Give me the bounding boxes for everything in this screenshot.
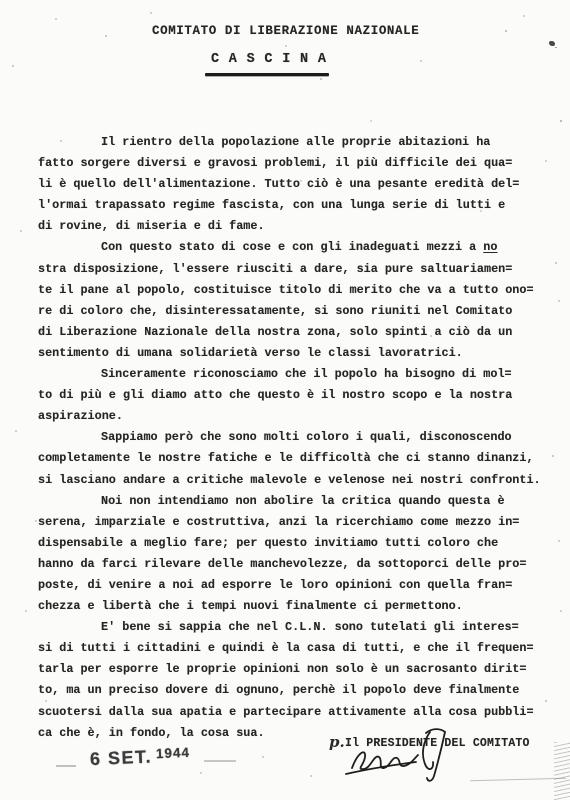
- text-line: poste, di venire a noi ad esporre le lor…: [38, 575, 550, 596]
- text-line-content: tarla per esporre le proprie opinioni no…: [38, 662, 526, 676]
- text-line: di Liberazione Nazionale della nostra zo…: [38, 322, 550, 343]
- text-line: scuotersi dalla sua apatia e partecipare…: [38, 702, 550, 723]
- text-line-content: to di più e gli diamo atto che questo è …: [38, 388, 512, 402]
- text-line: Il rientro della popolazione alle propri…: [38, 132, 550, 153]
- text-line-content: di Liberazione Nazionale della nostra zo…: [38, 325, 512, 339]
- text-line-content: fatto sorgere diversi e gravosi problemi…: [38, 156, 512, 170]
- scan-dash-right: [204, 760, 236, 762]
- text-line-content: li è quello dell'alimentazione. Tutto ci…: [38, 177, 519, 191]
- text-line: si di tutti i cittadini e quindi è la ca…: [38, 638, 550, 659]
- text-line: sentimento di umana solidarietà verso le…: [38, 343, 550, 364]
- text-line: tarla per esporre le proprie opinioni no…: [38, 659, 550, 680]
- scan-edge-smudge: [554, 742, 570, 800]
- text-line: to di più e gli diamo atto che questo è …: [38, 385, 550, 406]
- text-line: Noi non intendiamo non abolire la critic…: [38, 491, 550, 512]
- handwritten-signature-icon: [338, 724, 488, 786]
- text-line-content: poste, di venire a noi ad esporre le lor…: [38, 578, 512, 592]
- text-line: aspirazione.: [38, 406, 550, 427]
- text-line: dispensabile a meglio fare; per questo i…: [38, 533, 550, 554]
- text-line: l'ormai trapassato regime fascista, con …: [38, 195, 550, 216]
- text-line: di rovine, di miseria e di fame.: [38, 216, 550, 237]
- text-line-content: Con questo stato di cose e con gli inade…: [101, 240, 483, 254]
- text-line: completamente le nostre fatiche e le dif…: [38, 448, 550, 469]
- text-line: Con questo stato di cose e con gli inade…: [38, 237, 550, 258]
- text-line: fatto sorgere diversi e gravosi problemi…: [38, 153, 550, 174]
- scan-blotch: [549, 41, 555, 46]
- text-line-content: aspirazione.: [38, 409, 123, 423]
- text-line-content: sentimento di umana solidarietà verso le…: [38, 346, 463, 360]
- scan-noise-specks: [0, 0, 2, 2]
- text-line-content: si di tutti i cittadini e quindi è la ca…: [38, 641, 534, 655]
- text-line: chezza e libertà che i tempi nuovi final…: [38, 596, 550, 617]
- text-line-content: hanno da farci rilevare delle manchevole…: [38, 557, 526, 571]
- document-title: COMITATO DI LIBERAZIONE NAZIONALE: [152, 24, 419, 38]
- text-line: Sappiamo però che sono molti coloro i qu…: [38, 427, 550, 448]
- text-line: hanno da farci rilevare delle manchevole…: [38, 554, 550, 575]
- text-line-content: di rovine, di miseria e di fame.: [38, 219, 265, 233]
- text-line-content: completamente le nostre fatiche e le dif…: [38, 451, 534, 465]
- text-line-content: E' bene si sappia che nel C.L.N. sono tu…: [101, 620, 519, 634]
- scanned-document-page: COMITATO DI LIBERAZIONE NAZIONALE C A S …: [0, 0, 570, 800]
- text-line-content: stra disposizione, l'essere riusciti a d…: [38, 262, 512, 276]
- text-line-content: dispensabile a meglio fare; per questo i…: [38, 536, 498, 550]
- text-line-content: si lasciano andare a critiche malevole e…: [38, 473, 541, 487]
- text-line: re di coloro che, disinteressatamente, s…: [38, 301, 550, 322]
- subtitle-underline: [205, 73, 329, 76]
- text-line: te il pane al popolo, costituisce titolo…: [38, 280, 550, 301]
- document-subtitle: C A S C I N A: [211, 52, 327, 67]
- text-line-content: te il pane al popolo, costituisce titolo…: [38, 283, 534, 297]
- text-line-content: ca che è, in fondo, la cosa sua.: [38, 726, 265, 740]
- text-line: si lasciano andare a critiche malevole e…: [38, 470, 550, 491]
- text-line: li è quello dell'alimentazione. Tutto ci…: [38, 174, 550, 195]
- text-line-content: serena, imparziale e costruttiva, anzi l…: [38, 515, 519, 529]
- text-line-content: re di coloro che, disinteressatamente, s…: [38, 304, 512, 318]
- text-line: E' bene si sappia che nel C.L.N. sono tu…: [38, 617, 550, 638]
- text-line: serena, imparziale e costruttiva, anzi l…: [38, 512, 550, 533]
- text-line-content: l'ormai trapassato regime fascista, con …: [38, 198, 505, 212]
- text-line-content: to, ma un preciso dovere di ognuno, perc…: [38, 683, 519, 697]
- text-line-content: Il rientro della popolazione alle propri…: [101, 135, 490, 149]
- text-line-content: Sappiamo però che sono molti coloro i qu…: [101, 430, 512, 444]
- text-line-content: Noi non intendiamo non abolire la critic…: [101, 494, 505, 508]
- text-line: stra disposizione, l'essere riusciti a d…: [38, 259, 550, 280]
- date-stamp: 6 SET.1944: [90, 745, 191, 770]
- underlined-text: no: [483, 240, 497, 254]
- text-line-content: chezza e libertà che i tempi nuovi final…: [38, 599, 463, 613]
- scan-dash-left: [56, 765, 76, 767]
- text-line: to, ma un preciso dovere di ognuno, perc…: [38, 680, 550, 701]
- date-stamp-day: 6 SET.: [90, 746, 153, 769]
- text-line-content: Sinceramente riconosciamo che il popolo …: [101, 367, 512, 381]
- date-stamp-year: 1944: [156, 745, 191, 761]
- text-line: Sinceramente riconosciamo che il popolo …: [38, 364, 550, 385]
- text-line-content: scuotersi dalla sua apatia e partecipare…: [38, 705, 534, 719]
- document-body: Il rientro della popolazione alle propri…: [38, 132, 550, 744]
